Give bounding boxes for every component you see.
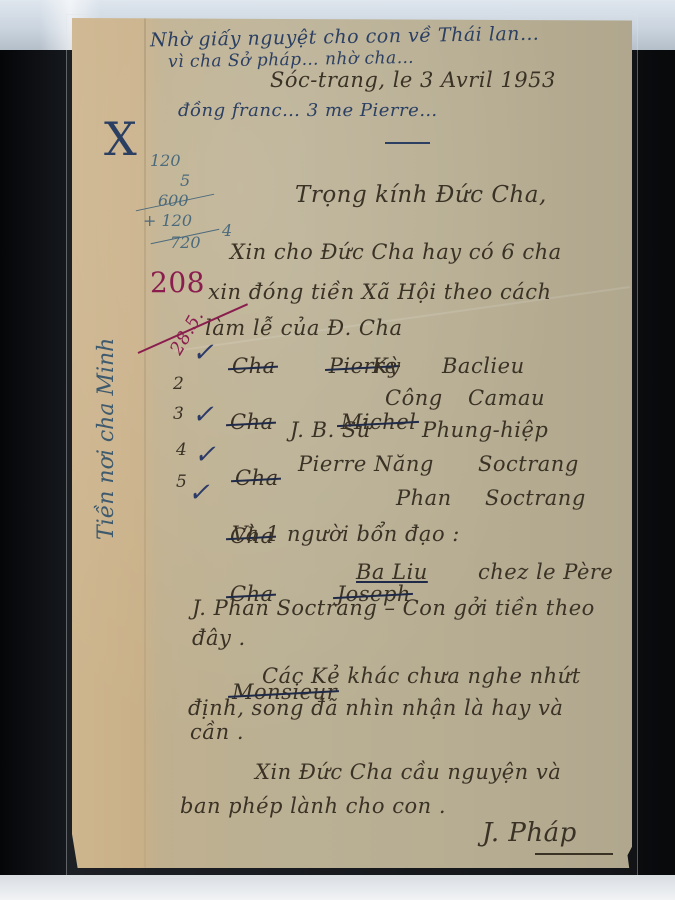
margin-vertical-note: Tiền nơi cha Minh	[94, 338, 119, 540]
cross-mark: X	[104, 112, 137, 166]
priest-place: Camau	[468, 386, 545, 410]
closing-line2: ban phép lành cho con .	[180, 794, 446, 818]
calc-a: 120	[150, 152, 181, 170]
list-number-3: 3	[173, 404, 184, 424]
letter-paper	[72, 18, 632, 868]
body-intro-line3: làm lễ của Đ. Cha	[205, 316, 403, 340]
layperson-detail-line3: đây .	[192, 626, 246, 650]
struck-title: Cha	[232, 354, 276, 378]
list-number-5: 5	[176, 472, 187, 492]
priest-place: Phung-hiệp	[422, 418, 548, 442]
check-icon-5: ✓	[188, 478, 210, 508]
magenta-total: 208	[150, 266, 205, 299]
check-icon-1: ✓	[192, 338, 214, 368]
list-number-4: 4	[176, 440, 187, 460]
short-dash	[385, 142, 430, 144]
signature-underline	[535, 853, 613, 855]
priest-place: Soctrang	[485, 486, 586, 510]
layperson-intro: Và 1 người bổn đạo :	[232, 522, 460, 546]
paragraph2-line1: Các Kẻ khác chưa nghe nhứt	[262, 664, 581, 688]
priest-name: Công	[385, 386, 443, 410]
place-date: Sóc-trang, le 3 Avril 1953	[270, 68, 556, 92]
body-intro-line2: xin đóng tiền Xã Hội theo cách	[208, 280, 552, 304]
priest-name: J. B. Sử	[290, 418, 371, 442]
layperson-detail-line2: J. Phan Soctrang – Con gởi tiền theo	[192, 596, 595, 620]
salutation: Trọng kính Đức Cha,	[295, 182, 547, 208]
list-number-2: 2	[173, 374, 184, 394]
priest-place: Baclieu	[442, 354, 525, 378]
priest-name: Pierre Năng	[298, 452, 434, 476]
paper-fold	[144, 18, 146, 868]
calc-total: 720	[170, 234, 201, 252]
check-icon-4: ✓	[194, 440, 216, 470]
layperson-name: Ba Liu	[356, 560, 428, 584]
background-ledge	[0, 875, 675, 900]
paragraph2-line2: định, song đã nhìn nhận là hay và	[188, 696, 563, 720]
calc-b: 5	[180, 172, 190, 190]
paragraph2-line3: cần .	[190, 720, 244, 744]
layperson-detail-line1: chez le Père	[478, 560, 613, 584]
calc-product: 600	[158, 192, 189, 210]
calc-side-mark: 4	[222, 222, 232, 240]
priest-name: Kỳ	[372, 354, 401, 378]
body-intro-line1: Xin cho Đức Cha hay có 6 cha	[230, 240, 562, 264]
struck-title: Cha	[230, 410, 274, 434]
closing-line1: Xin Đức Cha cầu nguyện và	[255, 760, 561, 784]
header-note-line3: đồng franc… 3 me Pierre…	[178, 100, 438, 121]
check-icon-3: ✓	[192, 400, 214, 430]
priest-name: Phan	[396, 486, 452, 510]
struck-title: Cha	[235, 466, 279, 490]
calc-plus: + 120	[143, 212, 192, 230]
priest-place: Soctrang	[478, 452, 579, 476]
signature: J. Pháp	[482, 818, 577, 848]
